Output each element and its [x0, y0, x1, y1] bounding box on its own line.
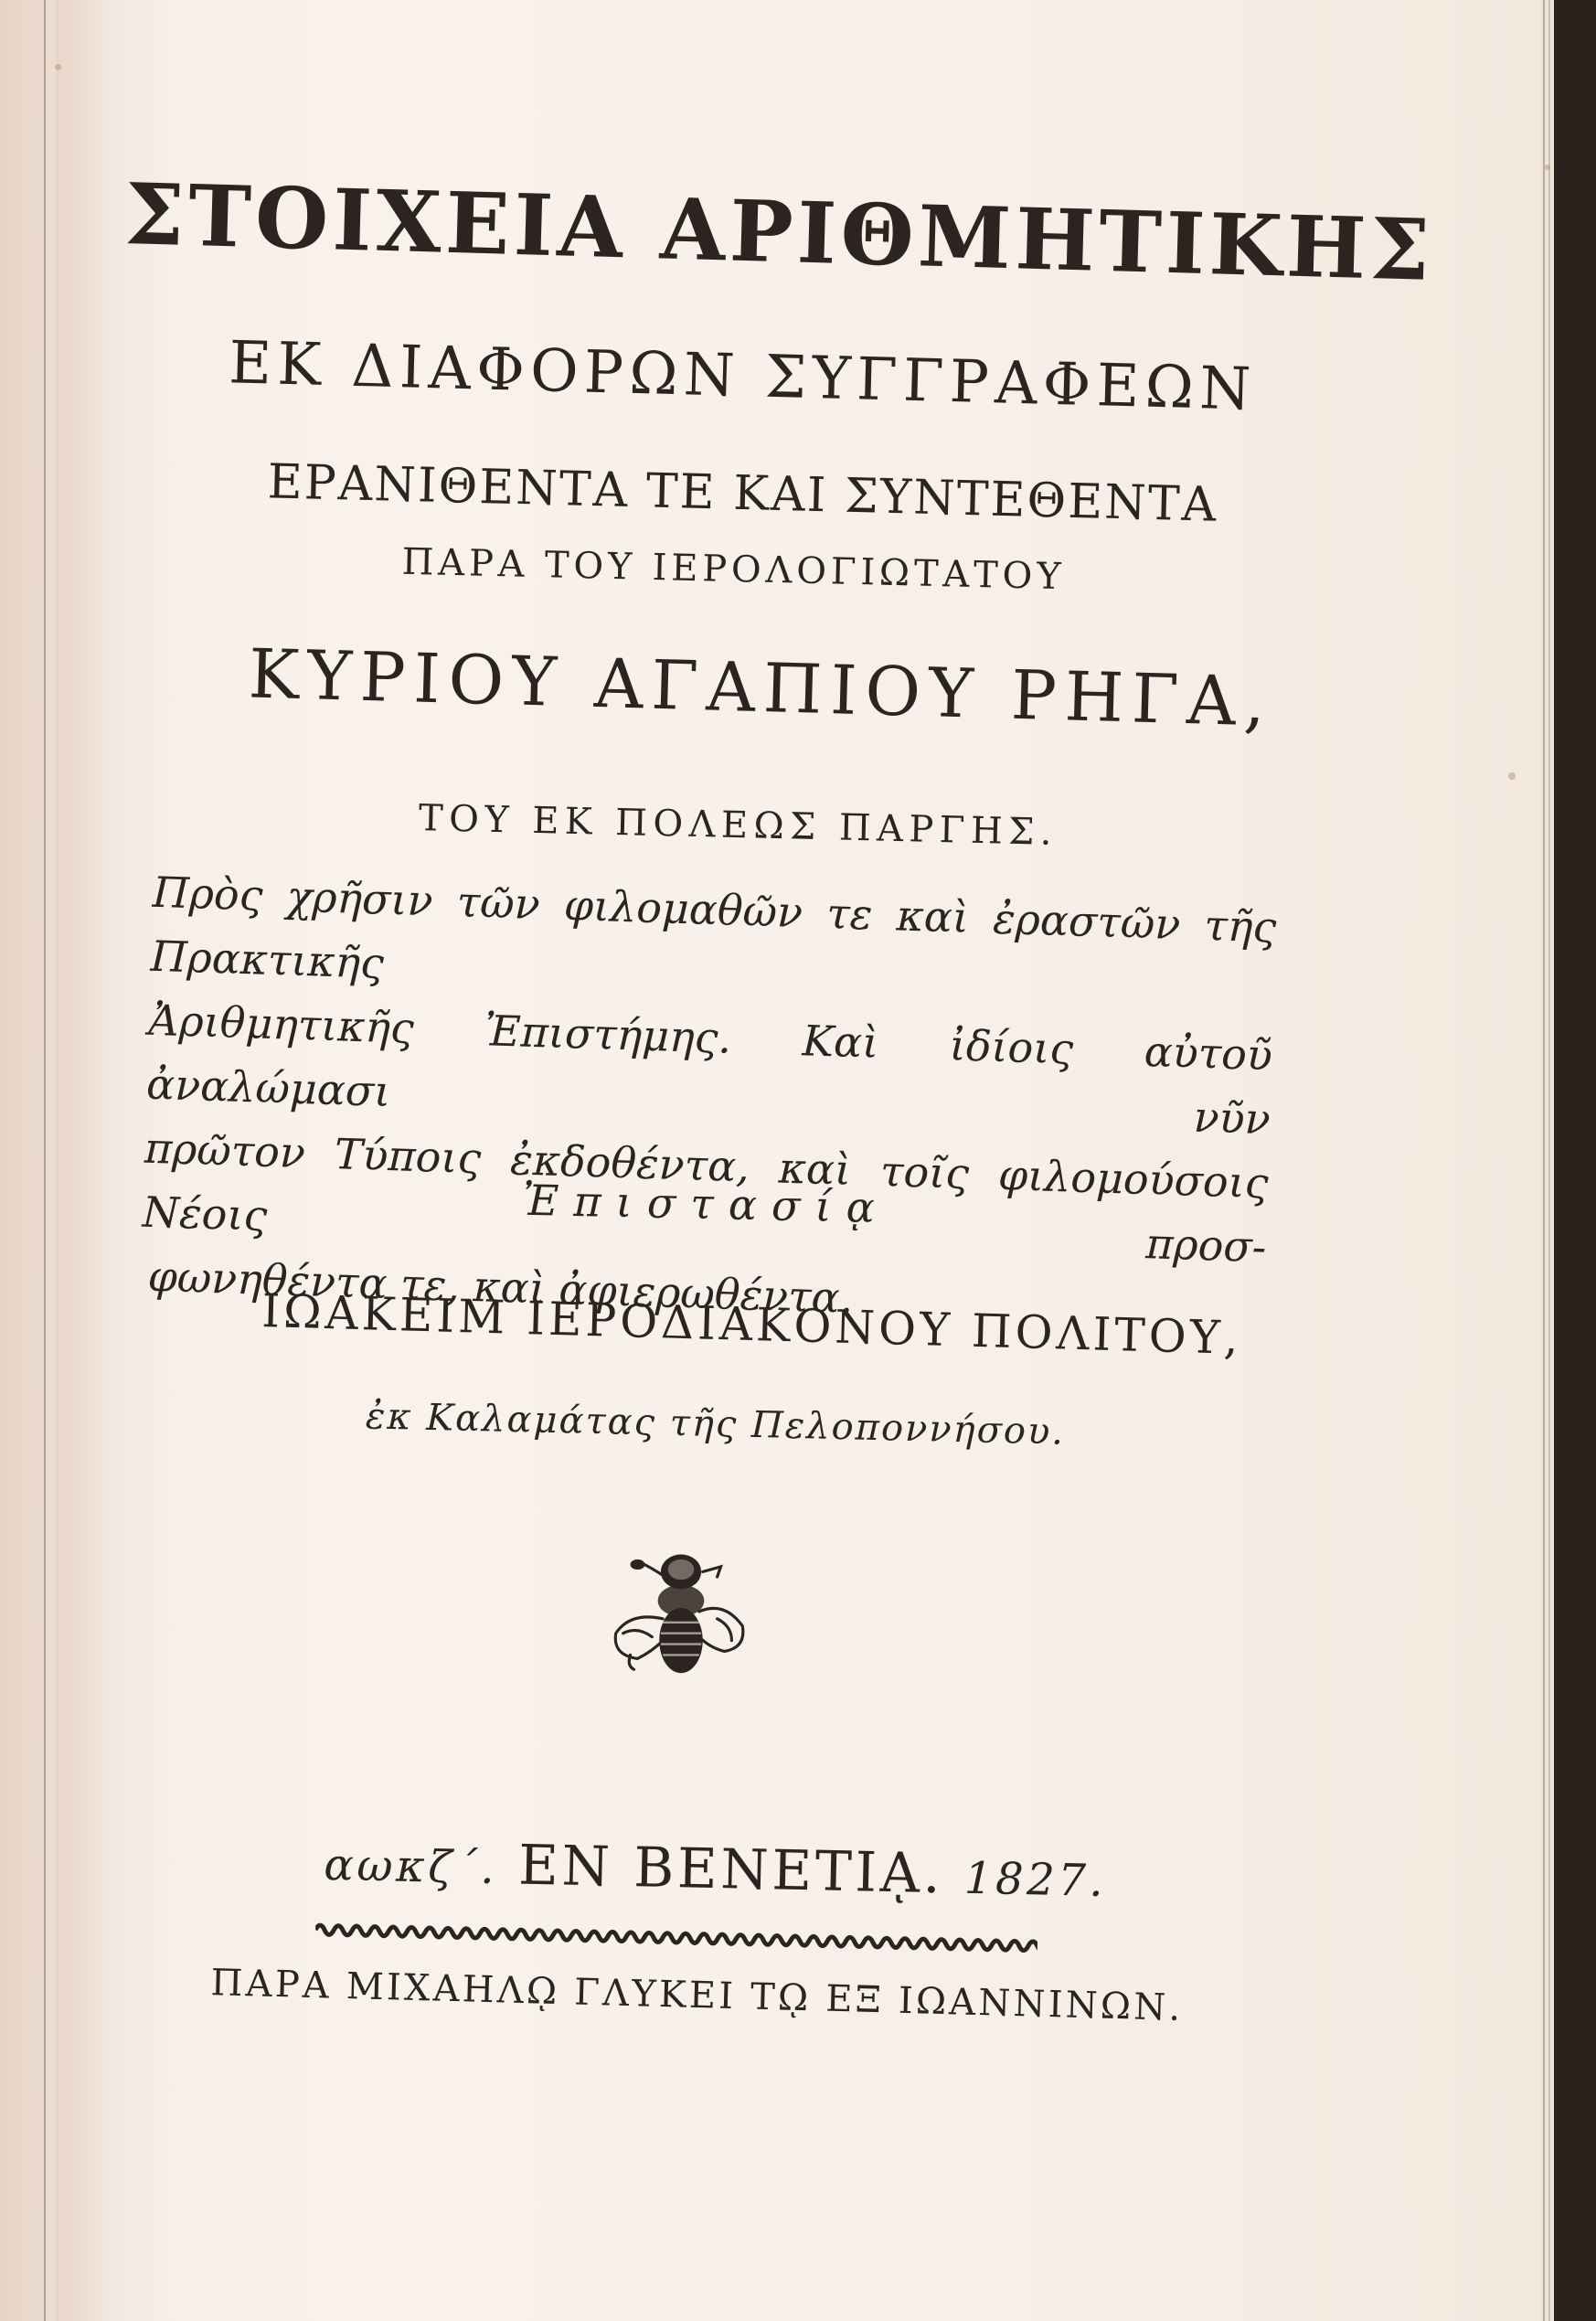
author-origin: ΤΟΥ ΕΚ ΠΟΛΕΩΣ ΠΑΡΓΗΣ.	[0, 787, 1508, 864]
printer-line: ΠΑΡΑ ΜΙΧΑΗΛῼ ΓΛΥΚΕΙ Τῼ ΕΞ ΙΩΑΝΝΙΝΩΝ.	[0, 1954, 1467, 2037]
subtitle-line-3: ΕΡΑΝΙΘΕΝΤΑ ΤΕ ΚΑΙ ΣΥΝΤΕΘΕΝΤΑ	[0, 447, 1513, 539]
title-page: ΣΤΟΙΧΕΙΑ ΑΡΙΘΜΗΤΙΚΗΣ ΕΚ ΔΙΑΦΟΡΩΝ ΣΥΓΓΡΑΦ…	[0, 0, 1540, 2321]
subtitle-line-2: ΕΚ ΔΙΑΦΟΡΩΝ ΣΥΓΓΡΑΦΕΩΝ	[0, 323, 1514, 431]
bee-printers-device-icon	[594, 1527, 768, 1682]
main-title: ΣΤΟΙΧΕΙΑ ΑΡΙΘΜΗΤΙΚΗΣ	[8, 161, 1550, 303]
leaf-edge	[1548, 0, 1550, 2321]
imprint-place: ΕΝ ΒΕΝΕΤΙᾼ.	[517, 1833, 944, 1906]
paper-speck	[1508, 772, 1516, 780]
paper-speck	[1545, 165, 1550, 170]
wavy-rule-divider	[315, 1916, 1037, 1960]
imprint-year: 1827.	[963, 1853, 1107, 1907]
subtitle-line-4: ΠΑΡΑ ΤΟΥ ΙΕΡΟΛΟΓΙΩΤΑΤΟΥ	[0, 531, 1504, 608]
author-name: ΚΥΡΙΟΥ ΑΓΑΠΙΟΥ ΡΗΓΑ,	[0, 627, 1532, 749]
imprint-place-year: αωκζ΄. ΕΝ ΒΕΝΕΤΙᾼ. 1827.	[0, 1821, 1486, 1917]
editor-origin: ἐκ Καλαμάτας τῆς Πελοποννήσου.	[0, 1386, 1485, 1463]
imprint-greek-year: αωκζ΄.	[324, 1839, 498, 1894]
dedication-paragraph: Πρὸς χρῆσιν τῶν φιλομαθῶν τε καὶ ἐραστῶν…	[140, 860, 1278, 1343]
paper-speck	[55, 64, 61, 70]
leaf-edge	[1543, 0, 1545, 2321]
